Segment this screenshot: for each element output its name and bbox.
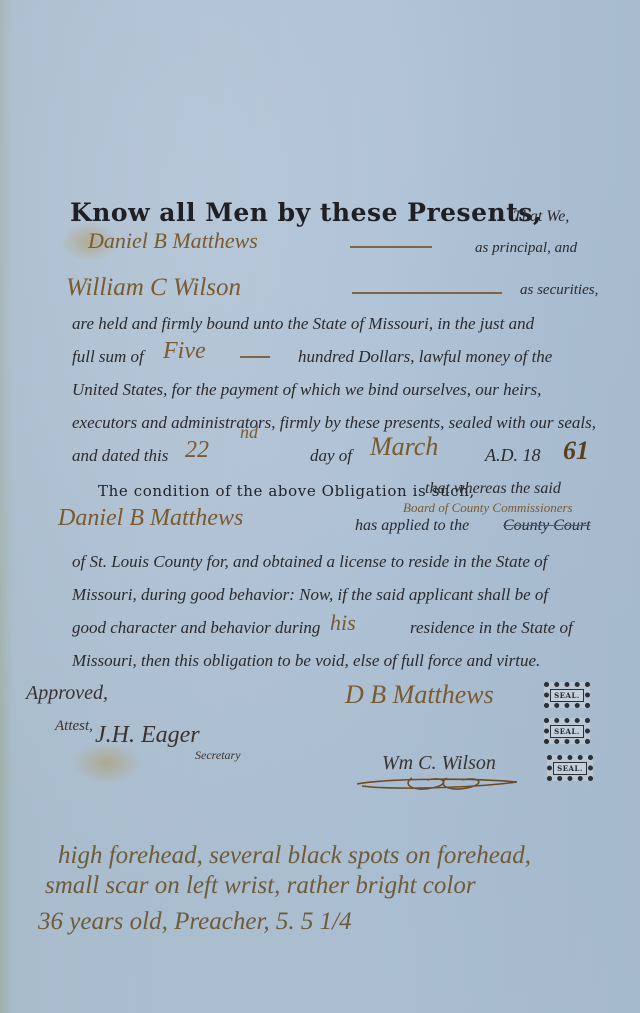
principal-label: as principal, and (475, 240, 577, 257)
date-month: March (370, 432, 438, 462)
condition-applicant-name: Daniel B Matthews (58, 505, 243, 532)
description-line-1: high forehead, several black spots on fo… (58, 842, 531, 870)
condition-line-5a: good character and behavior during (72, 618, 320, 638)
approval-attest-title: Secretary (195, 748, 241, 763)
signature-wilson: Wm C. Wilson (382, 752, 496, 775)
condition-pronoun: his (330, 610, 356, 636)
body-line-5b: day of (310, 446, 352, 466)
security-label: as securities, (520, 282, 598, 299)
seal-2: SEAL. (544, 718, 590, 744)
description-line-2: small scar on left wrist, rather bright … (45, 872, 476, 900)
approval-attest-signature: J.H. Eager (95, 722, 200, 749)
body-line-5a: and dated this (72, 446, 168, 466)
condition-line-6: Missouri, then this obligation to be voi… (72, 651, 540, 671)
principal-rule (350, 246, 432, 248)
description-line-3: 36 years old, Preacher, 5. 5 1/4 (38, 908, 352, 936)
security-rule (352, 292, 502, 294)
date-year-suffix: 61 (563, 436, 589, 466)
condition-line-4: Missouri, during good behavior: Now, if … (72, 585, 548, 605)
seal-1-label: SEAL. (550, 689, 584, 702)
signature-flourish (352, 774, 522, 794)
body-line-2b: hundred Dollars, lawful money of the (298, 347, 552, 367)
condition-intro-tail: that whereas the said (425, 480, 561, 498)
condition-intro: The condition of the above Obligation is… (98, 482, 475, 500)
approval-attest: Attest, (55, 718, 93, 735)
body-line-2a: full sum of (72, 347, 144, 367)
seal-1: SEAL. (544, 682, 590, 708)
amount-handwritten: Five (163, 338, 206, 365)
date-day: 22 (185, 437, 209, 464)
date-day-suffix: nd (240, 422, 258, 443)
header-that-we: That We, (513, 208, 569, 226)
principal-name: Daniel B Matthews (88, 228, 258, 254)
document-paper: Know all Men by these Presents, That We,… (0, 0, 640, 1013)
condition-applied-text: has applied to the (355, 517, 469, 535)
seal-2-label: SEAL. (550, 725, 584, 738)
amount-rule (240, 356, 270, 358)
signature-matthews: D B Matthews (345, 680, 494, 710)
condition-interlineation: Board of County Commissioners (403, 500, 573, 516)
body-line-3: United States, for the payment of which … (72, 380, 541, 400)
body-line-1: are held and firmly bound unto the State… (72, 314, 534, 334)
condition-struck-text: County Court (503, 517, 591, 535)
approval-approved: Approved, (26, 682, 108, 705)
security-name: William C Wilson (66, 274, 241, 302)
condition-line-3: of St. Louis County for, and obtained a … (72, 552, 547, 572)
body-line-5c: A.D. 18 (485, 445, 541, 466)
body-line-4: executors and administrators, firmly by … (72, 413, 596, 433)
condition-line-5b: residence in the State of (410, 618, 573, 638)
header-title: Know all Men by these Presents, (70, 198, 542, 227)
seal-3-label: SEAL. (553, 762, 587, 775)
seal-3: SEAL. (547, 755, 593, 781)
